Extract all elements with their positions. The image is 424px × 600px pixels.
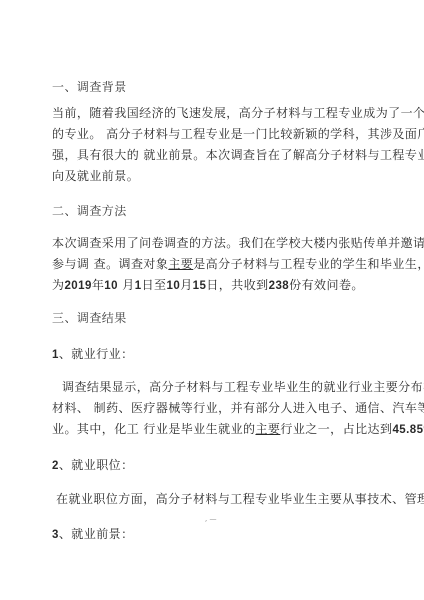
paragraph-line: 强，具有很大的 就业前景。本次调查旨在了解高分子材料与工程专业的就业方 <box>52 148 424 162</box>
month-value: 10 <box>104 280 118 292</box>
percentage-value: 45.85% <box>392 424 424 436</box>
cut-off-text-fragment: , — <box>205 515 216 523</box>
paragraph-line: 向及就业前景。 <box>52 169 139 183</box>
paragraph-line: 材料、 制药、医疗器械等行业，并有部分人进入电子、通信、汽车等行业就 <box>52 401 424 415</box>
subheading-number: 1 <box>52 349 59 361</box>
text-fragment: 月 <box>118 278 135 292</box>
text-fragment: 为 <box>52 278 64 292</box>
text-fragment: 年 <box>92 278 104 292</box>
text-fragment: 日至 <box>142 278 167 292</box>
year-value: 2019 <box>64 280 91 292</box>
section-heading-background: 一、调查背景 <box>52 80 127 94</box>
subheading-number: 2 <box>52 460 59 472</box>
subheading-industry: 1、就业行业： <box>52 347 134 362</box>
subheading-text: 、就业前景： <box>59 527 134 541</box>
paragraph-line: 在就业职位方面，高分子材料与工程专业毕业生主要从事技术、管理、市场等 <box>56 492 424 506</box>
document-page: 一、调查背景 当前，随着我国经济的飞速发展，高分子材料与工程专业成为了一个备受关… <box>0 0 424 600</box>
subheading-text: 、就业职位： <box>59 458 134 472</box>
paragraph-line: 参与调 查。调查对象主要是高分子材料与工程专业的学生和毕业生，调查时间 <box>52 257 424 271</box>
text-fragment: 业。其中，化工 行业是毕业生就业的 <box>52 422 255 436</box>
questionnaire-count: 238 <box>269 280 290 292</box>
underlined-text: 主要 <box>168 257 193 271</box>
subheading-prospects: 3、就业前景： <box>52 527 134 542</box>
day-value: 15 <box>193 280 207 292</box>
paragraph-line: 调查结果显示，高分子材料与工程专业毕业生的就业行业主要分布在化工、 <box>62 380 424 394</box>
subheading-number: 3 <box>52 529 59 541</box>
subheading-position: 2、就业职位： <box>52 458 134 473</box>
paragraph-line: 当前，随着我国经济的飞速发展，高分子材料与工程专业成为了一个备受关注 <box>52 106 424 120</box>
section-heading-method: 二、调查方法 <box>52 204 127 218</box>
paragraph-line: 的专业。 高分子材料与工程专业是一门比较新颖的学科，其涉及面广，适用性 <box>52 127 424 141</box>
subheading-text: 、就业行业： <box>59 347 134 361</box>
paragraph-line: 业。其中，化工 行业是毕业生就业的主要行业之一，占比达到45.85%。 <box>52 422 424 437</box>
paragraph-line: 本次调查采用了问卷调查的方法。我们在学校大楼内张贴传单并邀请有关学生 <box>52 236 424 250</box>
paragraph-line-dates: 为2019年10 月1日至10月15日，共收到238份有效问卷。 <box>52 278 364 293</box>
day-value: 1 <box>135 280 142 292</box>
text-fragment: 份有效问卷。 <box>289 278 364 292</box>
text-fragment: 是高分子材料与工程专业的学生和毕业生，调查时间 <box>193 257 424 271</box>
text-fragment: 日，共收到 <box>206 278 268 292</box>
section-heading-results: 三、调查结果 <box>52 311 127 325</box>
month-value: 10 <box>166 280 180 292</box>
underlined-text: 主要 <box>255 422 280 436</box>
text-fragment: 月 <box>180 278 192 292</box>
text-fragment: 参与调 查。调查对象 <box>52 257 168 271</box>
text-fragment: 行业之一，占比达到 <box>280 422 392 436</box>
